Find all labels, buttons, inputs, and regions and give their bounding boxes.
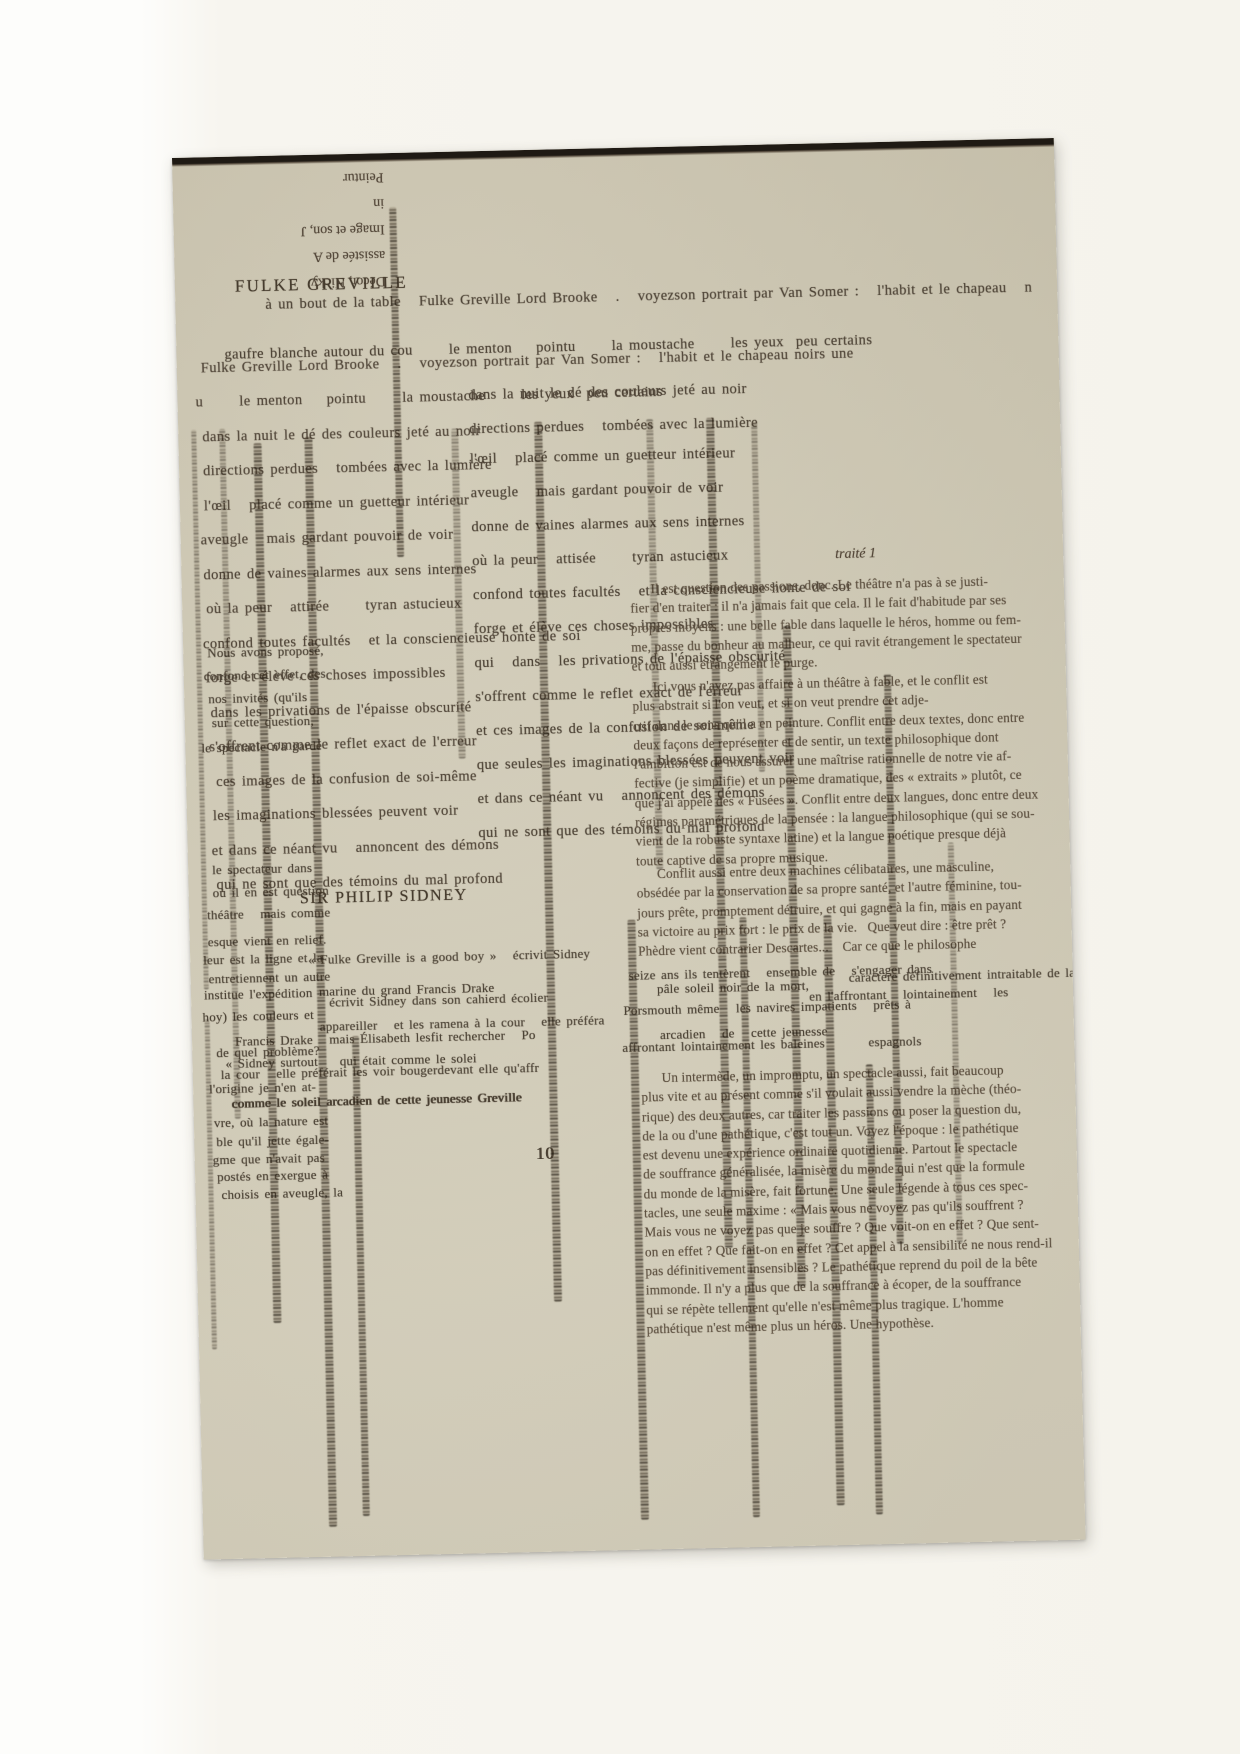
ink-smear-strip (534, 422, 562, 1302)
ink-smear-strip (205, 1019, 217, 1349)
ink-smear-strip (451, 429, 465, 759)
ink-smear-strip (884, 674, 904, 1244)
ink-smear-strip (627, 920, 649, 1520)
ink-smear-strip (646, 419, 663, 869)
ink-smear-strip (706, 418, 733, 1248)
ink-smear-strip (739, 917, 760, 1517)
scanned-paper-sheet: Décor, Nicky assistée de A Image et son,… (172, 138, 1086, 1560)
ink-smear-strip (219, 429, 241, 1119)
ink-smear-strip (823, 915, 844, 1505)
ink-smear-strip (751, 422, 765, 772)
ink-smear-strip (191, 430, 209, 990)
ink-smear-strip (389, 207, 404, 557)
ink-smear-layer (172, 138, 1086, 1560)
ink-smear-strip (948, 842, 963, 1242)
ink-smear-strip (866, 1064, 883, 1514)
ink-smear-strip (783, 626, 806, 1286)
scanned-page: { "document": { "page_number": "10", "he… (0, 0, 1240, 1754)
ink-smear-strip (253, 443, 281, 1323)
ink-smear-strip (352, 1036, 370, 1516)
ink-smear-strip (304, 437, 337, 1527)
